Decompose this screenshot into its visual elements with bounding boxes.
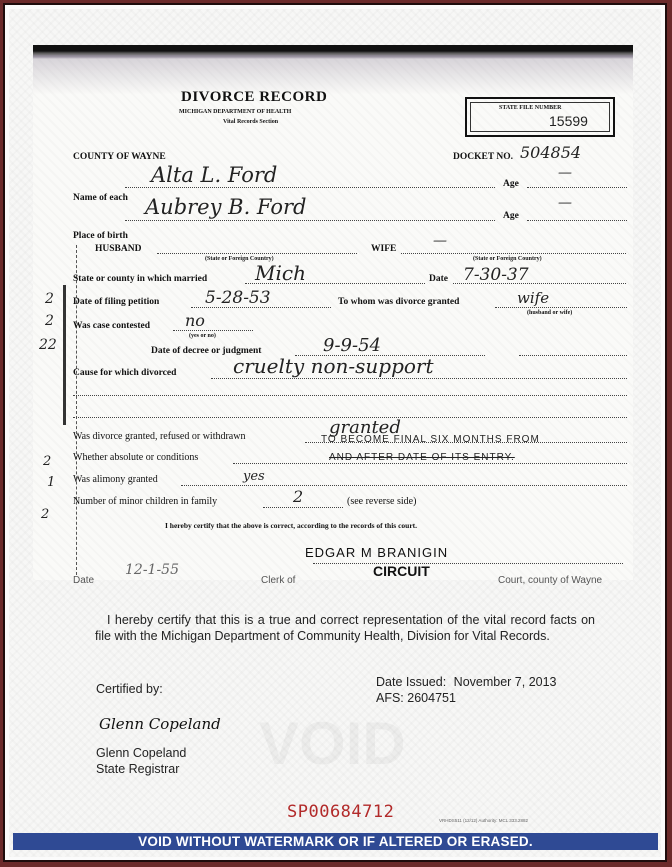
cause-line-2: [73, 395, 627, 396]
age-label-2: Age: [503, 211, 519, 221]
married-label: State or county in which married: [73, 274, 207, 284]
registrar-name: Glenn Copeland: [96, 745, 186, 761]
date-issued-label: Date Issued: November 7, 2013: [376, 674, 557, 690]
age-2: —: [558, 195, 572, 211]
name-1-line: [125, 187, 495, 188]
circuit-stamp: CIRCUIT: [373, 563, 430, 579]
contested-value: no: [185, 311, 205, 330]
children-value: 2: [293, 487, 303, 506]
granted-to-label: To whom was divorce granted: [338, 297, 459, 307]
margin-code-5: 1: [47, 475, 55, 490]
afs-line: AFS: 2604751: [376, 690, 456, 706]
margin-code-3: 22: [39, 337, 57, 353]
afs-label: AFS:: [376, 691, 404, 705]
absolute-label: Whether absolute or conditions: [73, 452, 198, 463]
clerk-line: [313, 563, 623, 564]
husband-label: HUSBAND: [95, 244, 141, 254]
void-watermark: VOID: [259, 709, 406, 778]
place-of-birth-label: Place of birth: [73, 231, 128, 241]
certification-statement: I hereby certify that this is a true and…: [95, 612, 595, 644]
margin-code-2: 2: [45, 313, 54, 329]
decree-date: 9-9-54: [323, 335, 381, 356]
docket-number: 504854: [520, 143, 581, 162]
divorce-record-scan: DIVORCE RECORD MICHIGAN DEPARTMENT OF HE…: [33, 45, 633, 580]
court-label: Court, county of Wayne: [498, 575, 602, 586]
age-1-line: [527, 187, 627, 188]
stamp-line-2: AND AFTER DATE OF ITS ENTRY.: [329, 452, 515, 463]
state-file-number-box: STATE FILE NUMBER 15599: [465, 97, 615, 137]
wife-birth-line: [401, 253, 626, 254]
see-reverse-label: (see reverse side): [347, 496, 416, 507]
decree-line-2: [519, 355, 627, 356]
granted-label: Was divorce granted, refused or withdraw…: [73, 431, 245, 442]
name-2-line: [125, 220, 495, 221]
docket-label: DOCKET NO.: [453, 152, 513, 162]
margin-code-4: 2: [43, 454, 51, 469]
scan-noise: [33, 55, 633, 95]
state-file-number-label: STATE FILE NUMBER: [499, 105, 561, 111]
registrar-title: State Registrar: [96, 761, 179, 777]
certified-copy-paper: VOID DIVORCE RECORD MICHIGAN DEPARTMENT …: [9, 9, 661, 857]
margin-code-6: 2: [41, 507, 49, 522]
margin-rule: [76, 245, 78, 575]
marriage-date: 7-30-37: [463, 265, 529, 285]
married-value: Mich: [255, 261, 306, 285]
certified-by-label: Certified by:: [96, 681, 163, 697]
date-footer-value: 12-1-55: [125, 562, 179, 578]
alimony-label: Was alimony granted: [73, 474, 158, 485]
form-code: VRHDS511 (12/12) Authority: MCL 333.2882: [439, 818, 528, 823]
filing-label: Date of filing petition: [73, 297, 159, 307]
absolute-line: [233, 463, 627, 464]
wife-birth-hint: (State or Foreign Country): [473, 256, 542, 262]
name-of-each-label: Name of each: [73, 193, 128, 203]
afs-number: 2604751: [407, 691, 456, 705]
cause-label: Cause for which divorced: [73, 368, 176, 378]
children-label: Number of minor children in family: [73, 496, 217, 507]
children-line: [263, 507, 343, 508]
granted-to: wife: [517, 289, 549, 307]
yes-no-hint: (yes or no): [189, 333, 216, 339]
cause-line: [211, 378, 627, 379]
serial-number: SP00684712: [287, 802, 394, 822]
document-frame: VOID DIVORCE RECORD MICHIGAN DEPARTMENT …: [3, 3, 667, 862]
department-name: MICHIGAN DEPARTMENT OF HEALTH: [179, 109, 291, 115]
stamp-line-1: TO BECOME FINAL SIX MONTHS FROM: [321, 434, 540, 445]
section-name: Vital Records Section: [223, 119, 278, 125]
husband-birth-line: [157, 253, 357, 254]
wife-label: WIFE: [371, 244, 396, 254]
age-2-line: [527, 220, 627, 221]
wife-birthplace: —: [433, 233, 447, 249]
age-label-1: Age: [503, 179, 519, 189]
margin-code-1: 2: [45, 291, 54, 307]
granted-to-line: [495, 307, 627, 308]
registrar-signature: Glenn Copeland: [99, 715, 221, 733]
filing-date: 5-28-53: [205, 288, 271, 308]
state-file-number: 15599: [549, 113, 588, 129]
age-1: —: [558, 165, 572, 181]
record-title: DIVORCE RECORD: [181, 89, 327, 106]
date-issued-label-text: Date Issued:: [376, 675, 446, 689]
name-2: Aubrey B. Ford: [145, 195, 306, 219]
court-certify-text: I hereby certify that the above is corre…: [165, 521, 417, 530]
clerk-name: EDGAR M BRANIGIN: [305, 545, 448, 560]
cause-value: cruelty non-support: [233, 354, 434, 378]
husband-or-wife-hint: (husband or wife): [527, 310, 572, 316]
clerk-of-label: Clerk of: [261, 575, 295, 586]
marriage-date-label: Date: [429, 274, 448, 284]
date-issued-value: November 7, 2013: [454, 675, 557, 689]
contested-label: Was case contested: [73, 321, 150, 331]
contested-line: [173, 330, 253, 331]
alimony-value: yes: [243, 469, 265, 484]
margin-mark: [63, 285, 66, 425]
void-notice-bar: VOID WITHOUT WATERMARK OR IF ALTERED OR …: [13, 833, 658, 850]
date-footer-label: Date: [73, 575, 94, 586]
name-1: Alta L. Ford: [151, 163, 277, 187]
county-label: COUNTY OF WAYNE: [73, 152, 166, 162]
alimony-line: [181, 485, 627, 486]
